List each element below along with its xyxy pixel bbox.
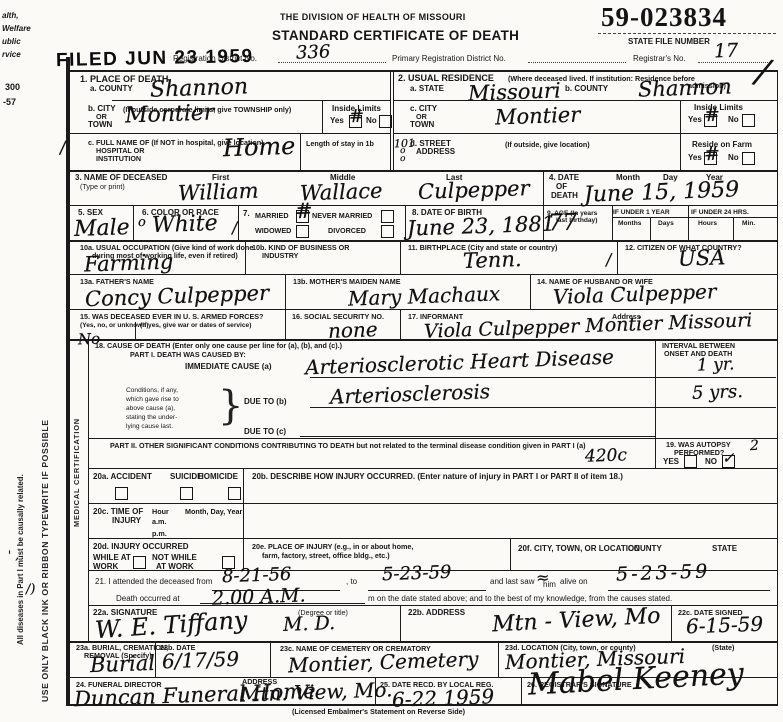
divider [680,100,681,170]
file-number-rule [598,33,776,34]
injury-occurred-label: 20d. INJURY OCCURRED [93,543,189,552]
father-name-value: Concy Culpepper [85,281,270,311]
autopsy-label-2: PERFORMED? [674,449,724,457]
street-mark-o: o [400,154,406,164]
informant-value: Viola Culpepper Montier Missouri [424,309,753,342]
yes-label: Yes [688,154,702,163]
divorced-checkbox [381,225,394,238]
injury-state-label: STATE [712,545,737,554]
causes-stated-label: m on the date stated above; and to the b… [368,595,672,604]
county-value: Shannon [150,74,249,102]
hospital-value: Home [223,132,296,163]
margin-fragment: ublic [2,38,21,47]
reside-on-farm-label: Reside on Farm [692,141,752,150]
divider [521,677,522,705]
divider [300,133,301,170]
inside-limits-yes-mark: # [349,106,365,128]
married-mark: # [295,199,313,224]
divider [400,605,401,641]
conditions-note: Conditions, if any, [126,387,178,394]
autopsy-yes-label: YES [663,458,679,467]
divider [70,205,778,206]
divider [733,217,734,240]
date-of-death-value: June 15, 1959 [584,177,740,207]
immediate-cause-value: Arteriosclerotic Heart Disease [305,345,615,380]
race-value: White [152,211,219,238]
diseases-note: All diseases in Part I must be causally … [16,430,25,645]
immediate-cause-label: IMMEDIATE CAUSE (a) [185,363,272,372]
while-at-work-checkbox [133,556,146,569]
ssn-value: none [328,317,378,343]
due-to-b-value: Arteriosclerosis [330,379,491,409]
certifier-address-value: Mtn - View, Mo [491,604,661,638]
conditions-note: above cause (a), [126,405,175,412]
conditions-note: stating the under- [126,414,177,421]
never-married-checkbox [381,210,394,223]
interval-b-value: 5 yrs. [692,381,744,404]
time-of-injury-label-2: INJURY [112,517,141,526]
divider [393,100,778,101]
age-value: 77 [548,209,578,236]
divider [88,438,778,439]
due-to-c-label: DUE TO (c) [244,428,286,437]
days-label: Days [658,220,674,227]
if-under-1-year-label: IF UNDER 1 YEAR [613,209,670,216]
death-occurred-label: Death occurred at [116,595,180,604]
margin-fragment: Welfare [2,25,31,34]
burial-value: Burial [90,651,156,677]
cause-c-rule [300,436,655,437]
part2-value: 420c [585,445,628,466]
divider [671,605,672,641]
accident-checkbox [115,487,128,500]
place-of-injury-label: 20e. PLACE OF INJURY (e.g., in or about … [252,543,413,551]
divider [70,170,778,172]
industry-label-2: INDUSTRY [262,252,298,260]
never-married-label: NEVER MARRIED [312,212,372,220]
alive-on-label: alive on [560,578,588,587]
divider [393,133,778,134]
farm-yes-mark: # [704,143,721,166]
funeral-director-address-value: Mtn. View, Mo. [240,677,393,706]
margin-fragment: rvice [2,51,21,60]
date-of-birth-value: June 23, 1881 [407,211,556,240]
divider [617,240,618,274]
residence-county-value: Shannon [638,74,732,101]
state-file-label: STATE FILE NUMBER [628,38,710,47]
certifier-address-label: 22b. ADDRESS [408,609,465,618]
birthplace-value: Tenn. [463,247,522,273]
marital-item-number: 7. [243,210,250,219]
autopsy-no-mark: ✓ [722,449,735,467]
injury-county-label: COUNTY [628,545,662,554]
margin-fragment: -57 [3,97,16,107]
divider [400,240,401,274]
embalmer-footer: (Licensed Embalmer's Statement on Revers… [292,708,465,716]
divider [322,100,323,133]
town-label: TOWN [88,121,112,130]
hours-label: Hours [698,220,717,227]
street-note: (If outside, give location) [505,141,590,149]
min-label: Min. [742,220,755,227]
hospital-label-3: INSTITUTION [96,155,141,163]
slash-mark: / [606,250,612,269]
describe-injury-label: 20b. DESCRIBE HOW INJURY OCCURRED. (Ente… [252,473,623,482]
reg-district-value: 336 [296,41,331,63]
slash-mark: / [753,51,773,93]
rule [528,62,626,63]
injury-location-label: 20f. CITY, TOWN, OR LOCATION [518,545,640,554]
margin-fragment: alth, [2,12,18,21]
date-of-death-death: DEATH [551,192,578,201]
length-of-stay-label: Length of stay in 1b [306,140,374,148]
conditions-note: lying cause last. [126,423,173,430]
stray-mark: /) [26,582,36,597]
margin-fragment: 300 [5,82,20,92]
work-label: WORK [93,563,118,572]
date-signed-value: 6-15-59 [686,612,764,639]
married-label: MARRIED [255,212,289,220]
armed-forces-label: 15. WAS DECEASED EVER IN U. S. ARMED FOR… [80,313,263,321]
first-name-value: William [178,179,259,206]
slash-mark: / [232,218,238,237]
divider [88,605,778,606]
attended-label: 21. I attended the deceased from [95,578,212,587]
months-label: Months [618,220,641,227]
division-title: THE DIVISION OF HEALTH OF MISSOURI [280,12,466,22]
occupation-value: Farming [84,249,174,276]
divider [285,274,286,339]
reg-district-label: Registration District No. [173,55,257,64]
autopsy-note-mark: 2 [750,438,759,454]
certificate-title: STANDARD CERTIFICATE OF DEATH [272,28,519,43]
divider [88,339,89,641]
divider [88,503,778,504]
stray-mark: ' , [8,548,19,562]
homicide-label: HOMICIDE [198,473,243,482]
death-certificate: alth, Welfare ublic rvice 300 -57 USE ON… [0,0,783,722]
cause-b-rule [310,407,776,408]
form-left-border [66,57,70,705]
part2-label: PART II. OTHER SIGNIFICANT CONDITIONS CO… [110,442,585,450]
city-value: Montier [125,100,215,128]
rule [368,590,486,591]
location-state-label: (State) [712,644,734,652]
registrar-no-label: Registrar's No. [633,55,686,64]
inside-limits-no-checkbox [379,115,392,128]
death-time-value: 2.00 A.M. [212,584,306,609]
form-top-border [70,70,778,72]
divorced-label: DIVORCED [328,227,366,235]
due-to-b-label: DUE TO (b) [244,398,287,407]
conditions-brace: } [218,383,243,429]
registrar-no-value: 17 [714,40,739,63]
mother-name-value: Mary Machaux [348,281,501,310]
divider [238,205,239,240]
divider [612,217,778,218]
primary-district-label: Primary Registration District No. [392,55,506,64]
divider [650,217,651,240]
divider [88,468,778,469]
pm-label: p.m. [152,530,167,538]
to-label: , to [346,578,357,587]
burial-date-value: 6/17/59 [162,647,240,674]
accident-label: 20a. ACCIDENT [93,473,152,482]
divider [133,205,134,240]
divider [70,309,778,310]
farm-no-checkbox [742,152,755,165]
widowed-checkbox [296,225,309,238]
if-under-24-hrs-label: IF UNDER 24 HRS. [691,209,749,216]
divider [510,538,511,570]
divider [70,274,778,275]
residence-limits-yes-mark: # [704,104,721,127]
cause-of-death-title: 18. CAUSE OF DEATH (Enter only one cause… [95,342,342,350]
yes-label: Yes [688,116,702,125]
autopsy-yes-checkbox [684,455,697,468]
divider [400,309,401,339]
name-note: (Type or print) [80,183,125,191]
interval-a-value: 1 yr. [697,354,735,375]
divider [530,274,531,309]
rule [608,590,770,591]
citizen-value: USA [678,245,726,271]
suicide-checkbox [180,487,193,500]
cause-a-rule [310,377,776,378]
sex-value: Male [74,215,131,242]
no-label: No [728,116,739,125]
attended-from-value: 8-21-56 [222,564,292,587]
slash-mark: / [60,138,66,158]
no-label: No [366,117,377,126]
medical-certification-label: MEDICAL CERTIFICATION [72,352,81,527]
yes-label: Yes [330,117,344,126]
last-name-value: Culpepper [418,176,530,204]
alive-on-value: 5-23-59 [616,560,711,585]
divider [88,538,778,539]
residence-city-value: Montier [495,103,581,130]
degree-value: M. D. [283,612,336,636]
no-label: No [728,154,739,163]
ink-only-note: USE ONLY BLACK INK OR RIBBON TYPEWRITE I… [40,330,50,702]
am-label: a.m. [152,518,166,526]
divider [243,468,244,570]
him-scribble: ≈ [536,568,550,587]
autopsy-no-label: NO [705,458,717,467]
state-value: Missouri [468,78,561,105]
divider [655,339,656,468]
divider [270,641,271,677]
county-label: a. COUNTY [90,85,133,94]
form-right-border [777,70,779,705]
at-work-label: AT WORK [156,563,194,572]
part1-label: PART I. DEATH WAS CAUSED BY: [130,351,246,359]
residence-limits-no-checkbox [742,114,755,127]
last-saw-label: and last saw [490,578,534,587]
residence-county-label: b. COUNTY [565,85,608,94]
divider [498,641,499,677]
street-label-2: ADDRESS [416,148,455,157]
armed-forces-note: (Yes, no, or unknown) [80,322,149,329]
state-label: a. STATE [410,85,444,94]
armed-forces-note-2: (If yes, give war or dates of service) [140,322,251,329]
divider [688,205,689,240]
rule [278,62,386,63]
residence-city-town: TOWN [410,121,434,130]
divider [70,240,778,242]
widowed-label: WIDOWED [255,227,291,235]
spouse-name-value: Viola Culpepper [553,279,717,309]
hour-label: Hour [152,508,169,516]
homicide-checkbox [228,487,241,500]
conditions-note: which gave rise to [126,396,179,403]
attended-to-value: 5-23-59 [382,562,452,585]
rule [200,603,365,604]
divider [393,70,394,170]
place-of-injury-label-2: farm, factory, street, office bldg., etc… [262,552,390,560]
month-day-year-label: Month, Day, Year [185,508,242,516]
state-file-number: 59-023834 [601,2,727,33]
